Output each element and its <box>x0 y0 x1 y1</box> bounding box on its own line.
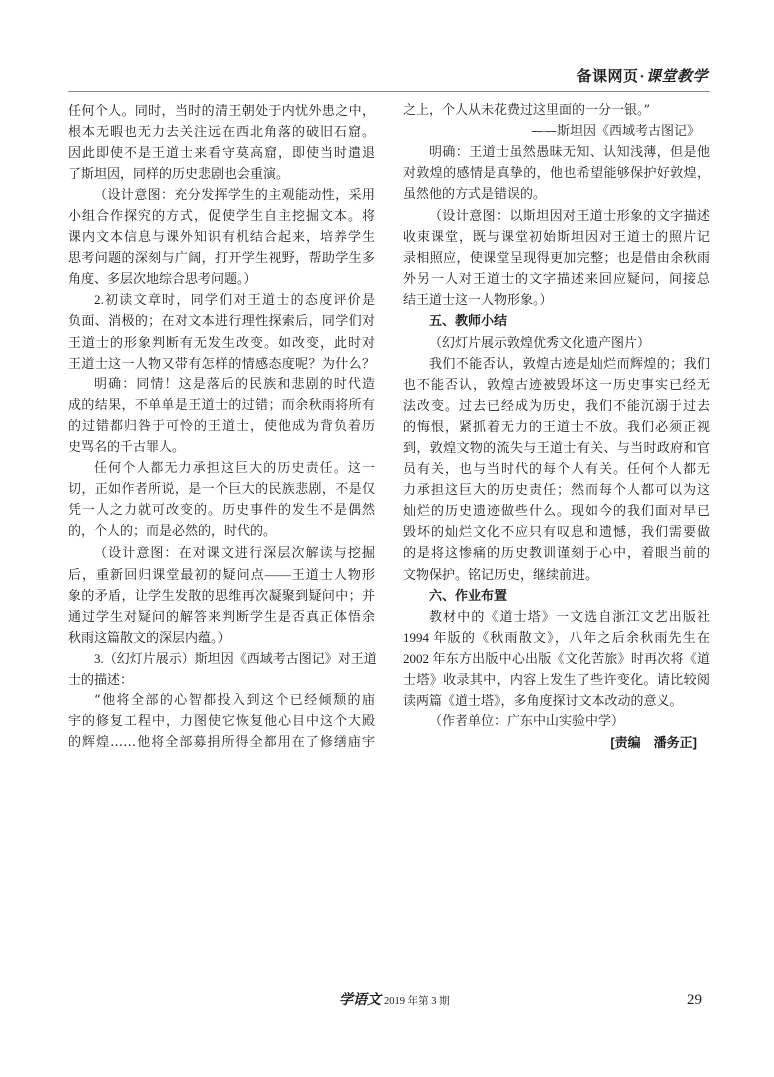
right-column: 之上，个人从未花费过这里面的一分一银。” ——斯坦因《西域考古图记》 明确：王道… <box>403 100 710 754</box>
text-line: 到，敦煌文物的流失与王道士有关、与当时政府和官 <box>403 437 710 458</box>
paragraph-question: 3.（幻灯片展示）斯坦因《西域考古图记》对王道 士的描述： <box>68 648 375 690</box>
paragraph-quote: “他将全部的心智都投入到这个已经倾颓的庙 宇的修复工程中，力图使它恢复他心目中这… <box>68 690 375 753</box>
paragraph-slide-note: （幻灯片展示敦煌优秀文化遗产图片） <box>403 332 710 353</box>
text-line: 文物保护。铭记历史，继续前进。 <box>403 564 710 585</box>
text-line: 灿烂的历史遗迹做些什么。现如今的我们面对早已 <box>403 500 710 521</box>
text-line: 读两篇《道士塔》，多角度探讨文本改动的意义。 <box>403 690 710 711</box>
text-line: 的是将这惨痛的历史教训谨刻于心中，着眼当前的 <box>403 542 710 563</box>
text-line: 史骂名的千古罪人。 <box>68 437 375 458</box>
text-line: 通过学生对疑问的解答来判断学生是否真正体悟余 <box>68 606 375 627</box>
text-line: 根本无暇也无力去关注远在西北角落的破旧石窟。 <box>68 121 375 142</box>
subsection-title: 课堂教学 <box>646 67 708 85</box>
text-line: 我们不能否认，敦煌古迹是灿烂而辉煌的；我们 <box>403 353 710 374</box>
paragraph-body: 教材中的《道士塔》一文选自浙江文艺出版社 1994 年版的《秋雨散文》，八年之后… <box>403 606 710 711</box>
text-line: 象的矛盾，让学生发散的思维再次凝聚到疑问中；并 <box>68 585 375 606</box>
paragraph-body: 我们不能否认，敦煌古迹是灿烂而辉煌的；我们 也不能否认，敦煌古迹被毁坏这一历史事… <box>403 353 710 585</box>
text-line: 了斯坦因，同样的历史悲剧也会重演。 <box>68 163 375 184</box>
separator-dot: · <box>639 69 645 85</box>
text-line: （设计意图：充分发挥学生的主观能动性，采用 <box>68 184 375 205</box>
text-line: 角度、多层次地综合思考问题。） <box>68 268 375 289</box>
text-line: （作者单位：广东中山实验中学） <box>403 711 710 732</box>
text-line: 也不能否认，敦煌古迹被毁坏这一历史事实已经无 <box>403 374 710 395</box>
paragraph-answer: 任何个人都无力承担这巨大的历史责任。这一 切，正如作者所说，是一个巨大的民族悲剧… <box>68 458 375 542</box>
text-line: 力承担这巨大的历史责任；然而每个人都可以为这 <box>403 479 710 500</box>
text-line: 教材中的《道士塔》一文选自浙江文艺出版社 <box>403 606 710 627</box>
header-rule <box>68 91 710 92</box>
text-line: 的辉煌……他将全部募捐所得全都用在了修缮庙宇 <box>68 732 375 753</box>
text-line: 结王道士这一人物形象。） <box>403 289 710 310</box>
section-heading-summary: 五、教师小结 <box>403 310 710 331</box>
text-line: （设计意图：在对课文进行深层次解读与挖掘 <box>68 542 375 563</box>
section-title: 备课网页 <box>576 68 638 85</box>
text-line: 思考问题的深刻与广阔，打开学生视野，帮助学生多 <box>68 247 375 268</box>
text-line: 毁坏的灿烂文化不应只有叹息和遗憾，我们需要做 <box>403 521 710 542</box>
text-line: 2.初读文章时，同学们对王道士的态度评价是 <box>68 289 375 310</box>
text-line: 的过错都归咎于可怜的王道士，使他成为背负着历 <box>68 416 375 437</box>
text-line: 之上，个人从未花费过这里面的一分一银。” <box>403 100 710 121</box>
page-number: 29 <box>687 990 702 1010</box>
text-line: 小组合作探究的方式，促使学生自主挖掘文本。将 <box>68 205 375 226</box>
text-line: 法改变。过去已经成为历史，我们不能沉溺于过去 <box>403 395 710 416</box>
text-line: 1994 年版的《秋雨散文》，八年之后余秋雨先生在 <box>403 627 710 648</box>
text-line: 任何个人。同时，当时的清王朝处于内忧外患之中， <box>68 100 375 121</box>
paragraph-design-intent: （设计意图：以斯坦因对王道士形象的文字描述 收束课堂，既与课堂初始斯坦因对王道士… <box>403 205 710 310</box>
text-line: 明确：同情！这是落后的民族和悲剧的时代造 <box>68 374 375 395</box>
text-line: （设计意图：以斯坦因对王道士形象的文字描述 <box>403 205 710 226</box>
text-line: 录相照应，使课堂呈现得更加完整；也是借由余秋雨 <box>403 247 710 268</box>
text-line: 宇的修复工程中，力图使它恢复他心目中这个大殿 <box>68 711 375 732</box>
text-line: 王道士这一人物又带有怎样的情感态度呢？为什么？ <box>68 353 375 374</box>
text-line: “他将全部的心智都投入到这个已经倾颓的庙 <box>68 690 375 711</box>
text-line: 凭一人之力就可改变的。历史事件的发生不是偶然 <box>68 500 375 521</box>
text-line: 秋雨这篇散文的深层内蕴。） <box>68 627 375 648</box>
text-line: 后，重新回归课堂最初的疑问点——王道士人物形 <box>68 564 375 585</box>
text-line: 收束课堂，既与课堂初始斯坦因对王道士的照片记 <box>403 226 710 247</box>
paragraph-answer: 明确：王道士虽然愚昧无知、认知浅薄，但是他 对敦煌的感情是真挚的，他也希望能够保… <box>403 142 710 205</box>
text-line: 2002 年东方出版中心出版《文化苦旅》时再次将《道 <box>403 648 710 669</box>
paragraph-question: 2.初读文章时，同学们对王道士的态度评价是 负面、消极的；在对文本进行理性探索后… <box>68 289 375 373</box>
text-line: [责编 潘务正] <box>403 732 710 753</box>
author-affiliation: （作者单位：广东中山实验中学） <box>403 711 710 732</box>
text-line: 课内文本信息与课外知识有机结合起来，培养学生 <box>68 226 375 247</box>
text-line: 外另一人对王道士的文字描述来回应疑问，间接总 <box>403 268 710 289</box>
issue-label: 2019 年第 3 期 <box>384 996 450 1007</box>
paragraph-quote: 之上，个人从未花费过这里面的一分一银。” <box>403 100 710 121</box>
left-column: 任何个人。同时，当时的清王朝处于内忧外患之中， 根本无暇也无力去关注远在西北角落… <box>68 100 375 754</box>
text-line: 的悔恨，紧抓着无力的王道士不放。我们必须正视 <box>403 416 710 437</box>
text-line: 明确：王道士虽然愚昧无知、认知浅薄，但是他 <box>403 142 710 163</box>
text-line: 士的描述： <box>68 669 375 690</box>
text-line: 员有关，也与当时代的每个人有关。任何个人都无 <box>403 458 710 479</box>
journal-name: 学语文 <box>339 992 381 1008</box>
section-heading-homework: 六、作业布置 <box>403 585 710 606</box>
text-line: 任何个人都无力承担这巨大的历史责任。这一 <box>68 458 375 479</box>
text-line: 切，正如作者所说，是一个巨大的民族悲剧，不是仅 <box>68 479 375 500</box>
text-line: 负面、消极的；在对文本进行理性探索后，同学们对 <box>68 310 375 331</box>
paragraph-design-intent: （设计意图：充分发挥学生的主观能动性，采用 小组合作探究的方式，促使学生自主挖掘… <box>68 184 375 289</box>
heading-line: 六、作业布置 <box>403 585 710 606</box>
text-line: ——斯坦因《西域考古图记》 <box>403 121 710 142</box>
text-line: 成的结果，不单单是王道士的过错；而余秋雨将所有 <box>68 395 375 416</box>
text-line: 因此即使不是王道士来看守莫高窟，即使当时遣退 <box>68 142 375 163</box>
text-line: （幻灯片展示敦煌优秀文化遗产图片） <box>403 332 710 353</box>
running-head: 备课网页·课堂教学 <box>576 66 708 86</box>
footer-journal-info: 学语文2019 年第 3 期 <box>339 990 450 1010</box>
text-line: 士塔》收录其中，内容上发生了些许变化。请比较阅 <box>403 669 710 690</box>
quote-attribution: ——斯坦因《西域考古图记》 <box>403 121 710 142</box>
text-line: 王道士的形象判断有无发生改变。如改变，此时对 <box>68 332 375 353</box>
heading-line: 五、教师小结 <box>403 310 710 331</box>
paragraph-design-intent: （设计意图：在对课文进行深层次解读与挖掘 后，重新回归课堂最初的疑问点——王道士… <box>68 542 375 647</box>
text-line: 的，个人的；而是必然的，时代的。 <box>68 521 375 542</box>
text-line: 3.（幻灯片展示）斯坦因《西域考古图记》对王道 <box>68 648 375 669</box>
editor-credit: [责编 潘务正] <box>403 732 710 753</box>
text-line: 虽然他的方式是错误的。 <box>403 184 710 205</box>
text-line: 对敦煌的感情是真挚的，他也希望能够保护好敦煌， <box>403 163 710 184</box>
paragraph-answer: 明确：同情！这是落后的民族和悲剧的时代造 成的结果，不单单是王道士的过错；而余秋… <box>68 374 375 458</box>
paragraph-body: 任何个人。同时，当时的清王朝处于内忧外患之中， 根本无暇也无力去关注远在西北角落… <box>68 100 375 184</box>
